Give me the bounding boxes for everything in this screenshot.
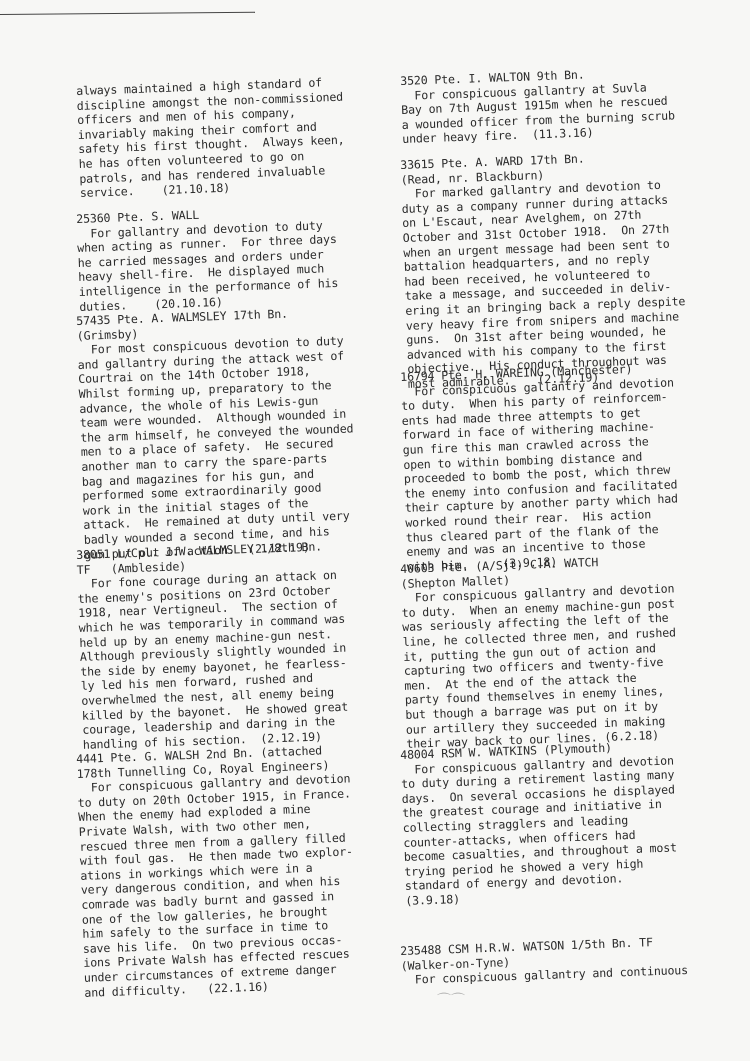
citation-entry: always maintained a high standard ofdisc…: [76, 75, 346, 201]
citation-entry: 3520 Pte. I. WALTON 9th Bn. For conspicu…: [400, 64, 676, 146]
citation-entry: 235488 CSM H.R.W. WATSON 1/5th Bn. TF(Wa…: [400, 934, 688, 988]
citation-entry: 4441 Pte. G. WALSH 2nd Bn. (attached178t…: [76, 742, 358, 999]
citation-entry: 33615 Pte. A. WARD 17th Bn.(Read, nr. Bl…: [400, 148, 688, 391]
citation-entry: 38051 L/Cpl. J.W. WALMSLEY 1/8th Bn.TF (…: [76, 539, 349, 752]
citation-entry: 48004 RSM W. WATKINS (Plymouth) For cons…: [400, 738, 679, 908]
top-rule-line: [0, 12, 255, 15]
citation-entry: 16794 Pte. H. WAREING (Manchester) For c…: [400, 360, 680, 574]
page-mark: ⌒⌒: [437, 990, 477, 1000]
citation-entry: 57435 Pte. A. WALMSLEY 17th Bn.(Grimsby)…: [76, 304, 358, 561]
citation-entry: 40603 Pte. (A/Sjt) C.A. WATCH(Shepton Ma…: [400, 552, 680, 751]
citation-entry: 25360 Pte. S. WALL For gallantry and dev…: [76, 203, 339, 314]
